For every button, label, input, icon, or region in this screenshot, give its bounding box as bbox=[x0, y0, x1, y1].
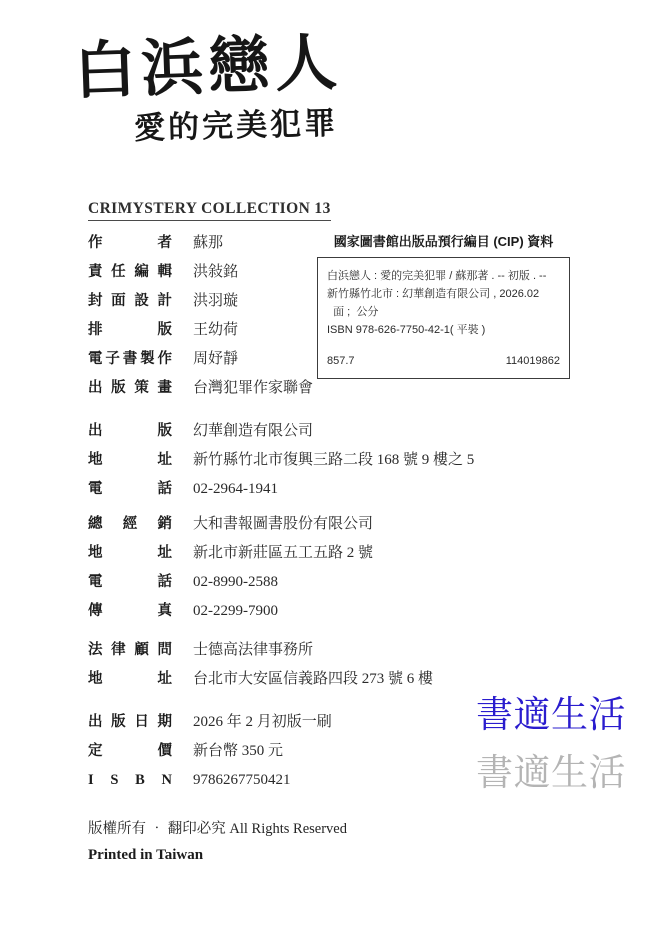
credits-section-legal: 法律顧問 士德高法律事務所 地址 台北市大安區信義路四段 273 號 6 樓 bbox=[88, 636, 488, 694]
credit-value: 台北市大安區信義路四段 273 號 6 樓 bbox=[193, 665, 433, 694]
book-logo-subtitle: 愛的完美犯罪 bbox=[133, 97, 342, 147]
credit-label: 排版 bbox=[88, 316, 172, 345]
credit-row: 傳真 02-2299-7900 bbox=[88, 597, 488, 626]
credit-value: 2026 年 2 月初版一刷 bbox=[193, 708, 332, 737]
credits-list: 作者 蘇那 責任編輯 洪敍銘 封面設計 洪羽璇 排版 王幼荷 電子書製作 周妤靜… bbox=[88, 229, 488, 795]
credit-value: 02-2964-1941 bbox=[193, 475, 278, 504]
credit-label: I S B N bbox=[88, 766, 172, 795]
credit-label: 定價 bbox=[88, 737, 172, 766]
credit-value: 台灣犯罪作家聯會 bbox=[193, 374, 313, 403]
credit-row: 電子書製作 周妤靜 bbox=[88, 345, 488, 374]
credit-row: 電話 02-2964-1941 bbox=[88, 475, 488, 504]
credit-row: 定價 新台幣 350 元 bbox=[88, 737, 488, 766]
credit-label: 地址 bbox=[88, 539, 172, 568]
credit-row: 出版日期 2026 年 2 月初版一刷 bbox=[88, 708, 488, 737]
credit-label: 責任編輯 bbox=[88, 258, 172, 287]
credit-value: 02-8990-2588 bbox=[193, 568, 278, 597]
printed-in-notice: Printed in Taiwan bbox=[88, 847, 203, 864]
credit-value: 蘇那 bbox=[193, 229, 223, 258]
credit-value: 新台幣 350 元 bbox=[193, 737, 283, 766]
credit-row: 責任編輯 洪敍銘 bbox=[88, 258, 488, 287]
credits-section-publisher: 出版 幻華創造有限公司 地址 新竹縣竹北市復興三路二段 168 號 9 樓之 5… bbox=[88, 417, 488, 504]
credit-value: 幻華創造有限公司 bbox=[193, 417, 313, 446]
credit-row: 出版 幻華創造有限公司 bbox=[88, 417, 488, 446]
credit-label: 出版 bbox=[88, 417, 172, 446]
credit-row: 排版 王幼荷 bbox=[88, 316, 488, 345]
credit-row: 地址 台北市大安區信義路四段 273 號 6 樓 bbox=[88, 665, 488, 694]
credit-label: 電話 bbox=[88, 568, 172, 597]
credit-label: 總經銷 bbox=[88, 510, 172, 539]
credit-value: 9786267750421 bbox=[193, 766, 291, 795]
credit-value: 周妤靜 bbox=[193, 345, 238, 374]
credit-row: 總經銷 大和書報圖書股份有限公司 bbox=[88, 510, 488, 539]
credit-label: 傳真 bbox=[88, 597, 172, 626]
credit-row: 法律顧問 士德高法律事務所 bbox=[88, 636, 488, 665]
credit-value: 洪羽璇 bbox=[193, 287, 238, 316]
credit-row: I S B N 9786267750421 bbox=[88, 766, 488, 795]
credit-label: 地址 bbox=[88, 665, 172, 694]
credit-row: 作者 蘇那 bbox=[88, 229, 488, 258]
credit-value: 士德高法律事務所 bbox=[193, 636, 313, 665]
rights-notice: 版權所有 ‧ 翻印必究 All Rights Reserved bbox=[88, 817, 347, 838]
credit-label: 地址 bbox=[88, 446, 172, 475]
book-logo: 白浜戀人 愛的完美犯罪 bbox=[74, 30, 342, 145]
credit-row: 電話 02-8990-2588 bbox=[88, 568, 488, 597]
credit-row: 封面設計 洪羽璇 bbox=[88, 287, 488, 316]
credit-value: 洪敍銘 bbox=[193, 258, 238, 287]
credit-value: 王幼荷 bbox=[193, 316, 238, 345]
colophon-page: 白浜戀人 愛的完美犯罪 CRIMYSTERY COLLECTION 13 國家圖… bbox=[0, 0, 651, 925]
credit-value: 02-2299-7900 bbox=[193, 597, 278, 626]
credit-label: 出版日期 bbox=[88, 708, 172, 737]
credit-row: 出版策畫 台灣犯罪作家聯會 bbox=[88, 374, 488, 403]
credits-section-editorial: 作者 蘇那 責任編輯 洪敍銘 封面設計 洪羽璇 排版 王幼荷 電子書製作 周妤靜… bbox=[88, 229, 488, 403]
credit-label: 電子書製作 bbox=[88, 345, 172, 374]
collection-label: CRIMYSTERY COLLECTION 13 bbox=[88, 200, 331, 221]
credit-label: 法律顧問 bbox=[88, 636, 172, 665]
credit-row: 地址 新北市新莊區五工五路 2 號 bbox=[88, 539, 488, 568]
credit-row: 地址 新竹縣竹北市復興三路二段 168 號 9 樓之 5 bbox=[88, 446, 488, 475]
credits-section-distributor: 總經銷 大和書報圖書股份有限公司 地址 新北市新莊區五工五路 2 號 電話 02… bbox=[88, 510, 488, 626]
watermark-blue: 書適生活 bbox=[476, 684, 626, 738]
credit-label: 出版策畫 bbox=[88, 374, 172, 403]
watermark-gray: 書適生活 bbox=[476, 742, 626, 796]
credit-label: 作者 bbox=[88, 229, 172, 258]
credits-section-edition: 出版日期 2026 年 2 月初版一刷 定價 新台幣 350 元 I S B N… bbox=[88, 708, 488, 795]
cip-record-number: 114019862 bbox=[506, 352, 560, 370]
credit-value: 大和書報圖書股份有限公司 bbox=[193, 510, 373, 539]
credit-value: 新竹縣竹北市復興三路二段 168 號 9 樓之 5 bbox=[193, 446, 474, 475]
credit-label: 封面設計 bbox=[88, 287, 172, 316]
credit-value: 新北市新莊區五工五路 2 號 bbox=[193, 539, 373, 568]
credit-label: 電話 bbox=[88, 475, 172, 504]
